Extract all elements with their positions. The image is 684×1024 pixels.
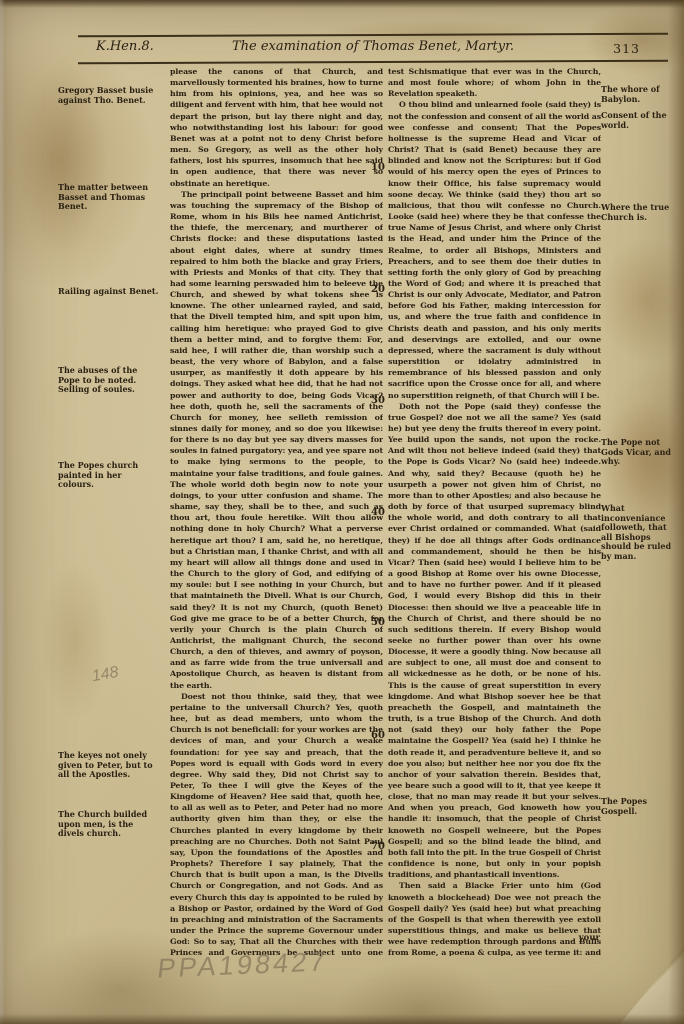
book-page-scan: K.Hen.8. The examination of Thomas Benet… (0, 0, 684, 1024)
text-column-right: test Schismatique that ever was in the C… (388, 66, 601, 956)
page-edge-shadow (0, 1014, 684, 1024)
margin-note-left-2: The matter between Basset and Thomas Ben… (58, 183, 160, 212)
body-paragraph: Then said a Blacke Frier unto him (God k… (388, 880, 601, 956)
body-paragraph: O thou blind and unlearned foole (said t… (388, 99, 601, 400)
margin-note-left-6: The keyes not onely given to Peter, but … (58, 751, 160, 780)
page-edge-shadow (0, 0, 5, 1024)
margin-note-left-1: Gregory Basset busie against Tho. Benet. (58, 86, 160, 105)
body-paragraph: please the canons of that Church, and ma… (170, 66, 383, 189)
margin-note-left-3: Railing against Benet. (58, 287, 160, 297)
body-paragraph: test Schismatique that ever was in the C… (388, 66, 601, 99)
margin-note-left-7: The Church builded upon men, is the dive… (58, 810, 160, 839)
header-rule-top (78, 33, 668, 38)
page-edge-shadow (0, 0, 684, 8)
page-title: The examination of Thomas Benet, Martyr. (78, 39, 668, 54)
page-edge-shadow (668, 0, 684, 1024)
body-paragraph: Doth not the Pope (said they) confesse t… (388, 401, 601, 881)
margin-note-left-4: The abuses of the Pope to be noted. Sell… (58, 366, 160, 395)
paper-stain (40, 560, 110, 720)
catalog-stamp: PPA198427 (156, 946, 330, 984)
body-paragraph: The principall point betweene Basset and… (170, 189, 383, 691)
margin-note-left-5: The Popes church painted in her colours. (58, 461, 160, 490)
page-number: 313 (613, 41, 640, 56)
header-rule-bottom (78, 60, 668, 65)
pencil-annotation-number: 148 (91, 664, 120, 686)
text-column-left: please the canons of that Church, and ma… (170, 66, 383, 956)
body-paragraph: Doest not thou thinke, said they, that w… (170, 691, 383, 956)
catchword: your (548, 933, 600, 943)
running-header: K.Hen.8. The examination of Thomas Benet… (78, 38, 668, 60)
